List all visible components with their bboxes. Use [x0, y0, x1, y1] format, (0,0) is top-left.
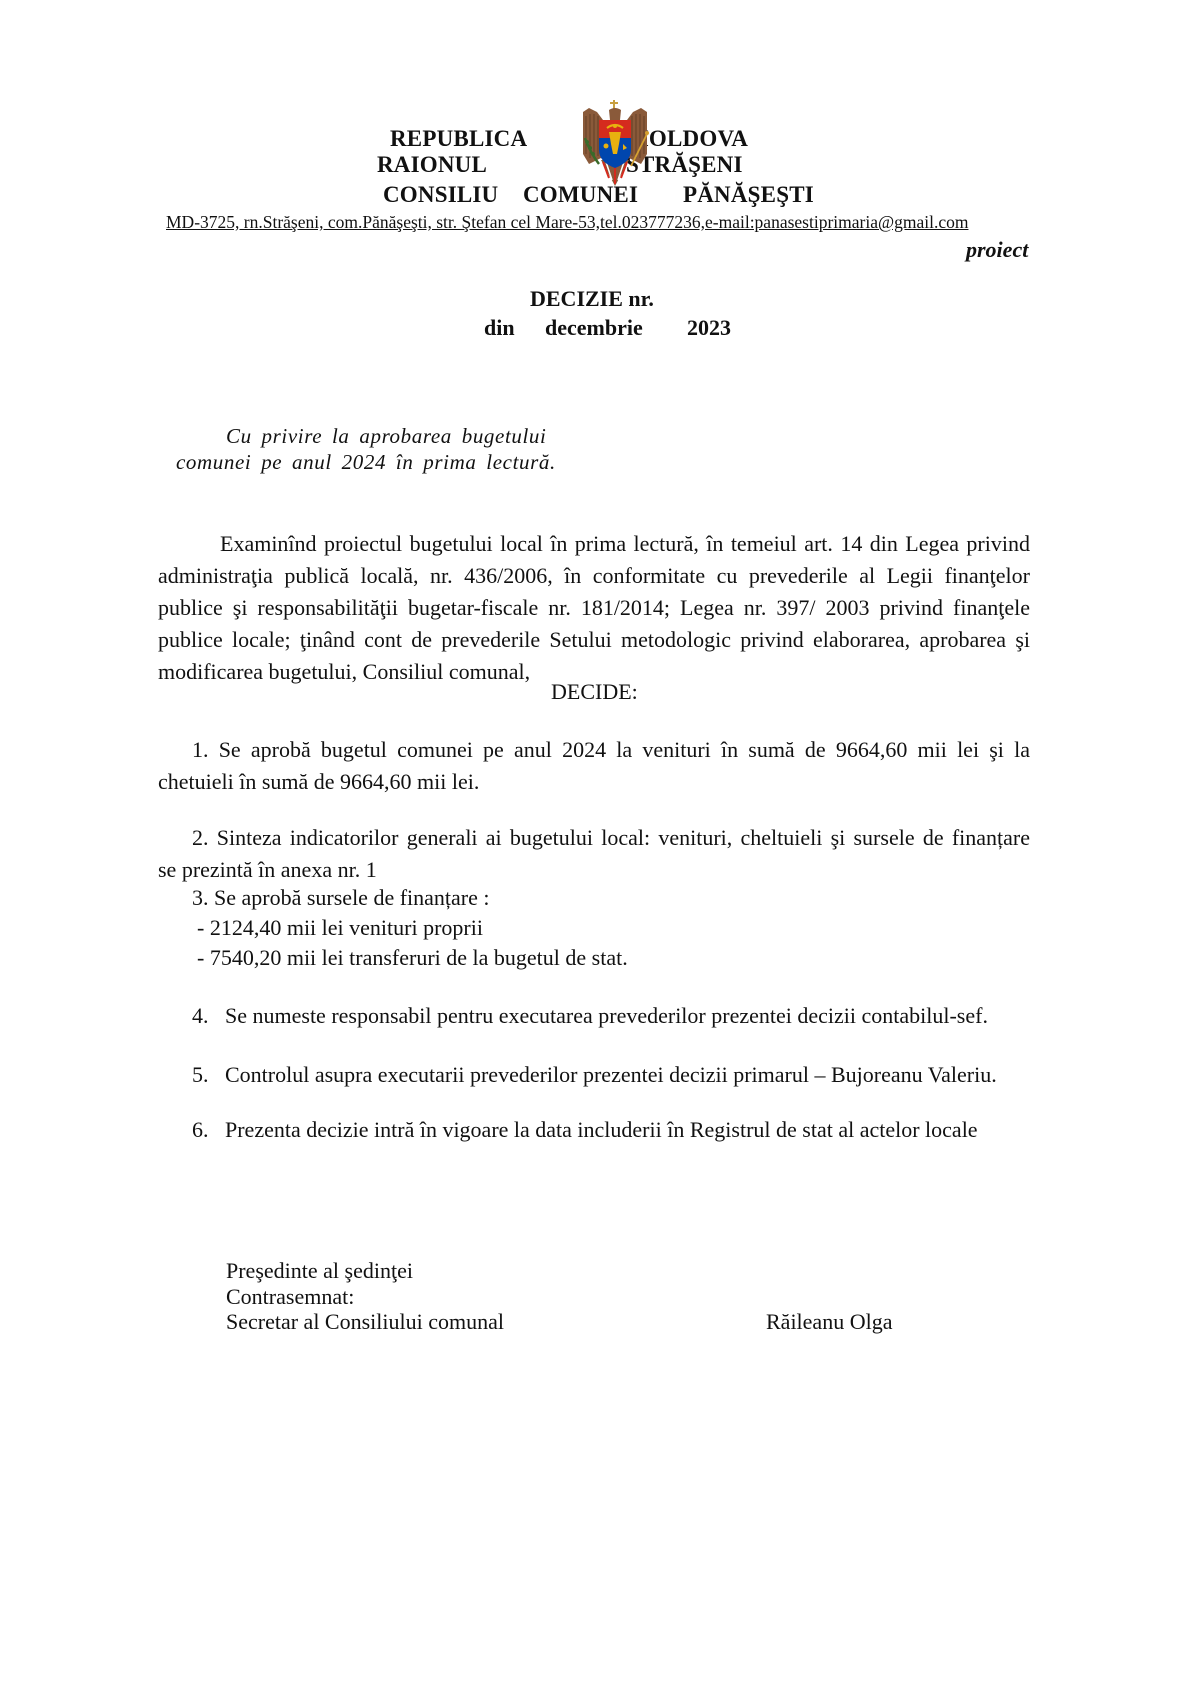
article-6-text: Prezenta decizie intră în vigoare la dat… [225, 1114, 978, 1146]
header-council-word-1: CONSILIU [383, 182, 498, 208]
article-3-item-1: - 2124,40 mii lei venituri proprii [197, 912, 483, 944]
preamble-line: publice şi responsabilităţii bugetar-fis… [158, 592, 1030, 624]
header-country-left: REPUBLICA [390, 126, 527, 152]
article-2: 2. Sinteza indicatorilor generali ai bug… [158, 822, 1030, 886]
article-5-text: Controlul asupra executarii prevederilor… [225, 1059, 997, 1091]
article-1: 1. Se aprobă bugetul comunei pe anul 202… [158, 734, 1030, 798]
signature-secretary-label: Secretar al Consiliului comunal [226, 1306, 504, 1338]
article-2-line-1: 2. Sinteza indicatorilor generali ai bug… [158, 822, 1030, 854]
moldova-coat-of-arms-icon [579, 98, 651, 188]
address-contact-line: MD-3725, rn.Străşeni, com.Pănăşeşti, str… [166, 212, 968, 233]
decision-date-year: 2023 [687, 315, 731, 341]
decision-date-month: decembrie [545, 315, 643, 341]
article-4-text: Se numeste responsabil pentru executarea… [225, 1000, 988, 1032]
article-4-number: 4. [192, 1000, 209, 1032]
preamble-paragraph: Examinînd proiectul bugetului local în p… [158, 528, 1030, 688]
article-3: 3. Se aprobă sursele de finanțare : [192, 882, 490, 914]
subject-line-2: comunei pe anul 2024 în prima lectură. [176, 450, 556, 475]
preamble-line: Examinînd proiectul bugetului local în p… [158, 528, 1030, 560]
decision-title: DECIZIE nr. [530, 286, 654, 312]
subject-line-1: Cu privire la aprobarea bugetului [226, 424, 546, 449]
status-label-proiect: proiect [966, 237, 1028, 263]
header-council-word-3: PĂNĂŞEŞTI [683, 182, 814, 208]
article-3-item-2: - 7540,20 mii lei transferuri de la buge… [197, 942, 628, 974]
article-6-number: 6. [192, 1114, 209, 1146]
header-district-left: RAIONUL [377, 152, 487, 178]
article-1-line-2: chetuieli în sumă de 9664,60 mii lei. [158, 766, 1030, 798]
preamble-line: publice locale; ţinând cont de prevederi… [158, 624, 1030, 656]
article-5-number: 5. [192, 1059, 209, 1091]
signature-secretary-name: Răileanu Olga [766, 1306, 892, 1338]
decision-date-din: din [484, 315, 515, 341]
preamble-line: administraţia publică locală, nr. 436/20… [158, 560, 1030, 592]
decide-heading: DECIDE: [551, 676, 638, 708]
article-1-line-1: 1. Se aprobă bugetul comunei pe anul 202… [158, 734, 1030, 766]
